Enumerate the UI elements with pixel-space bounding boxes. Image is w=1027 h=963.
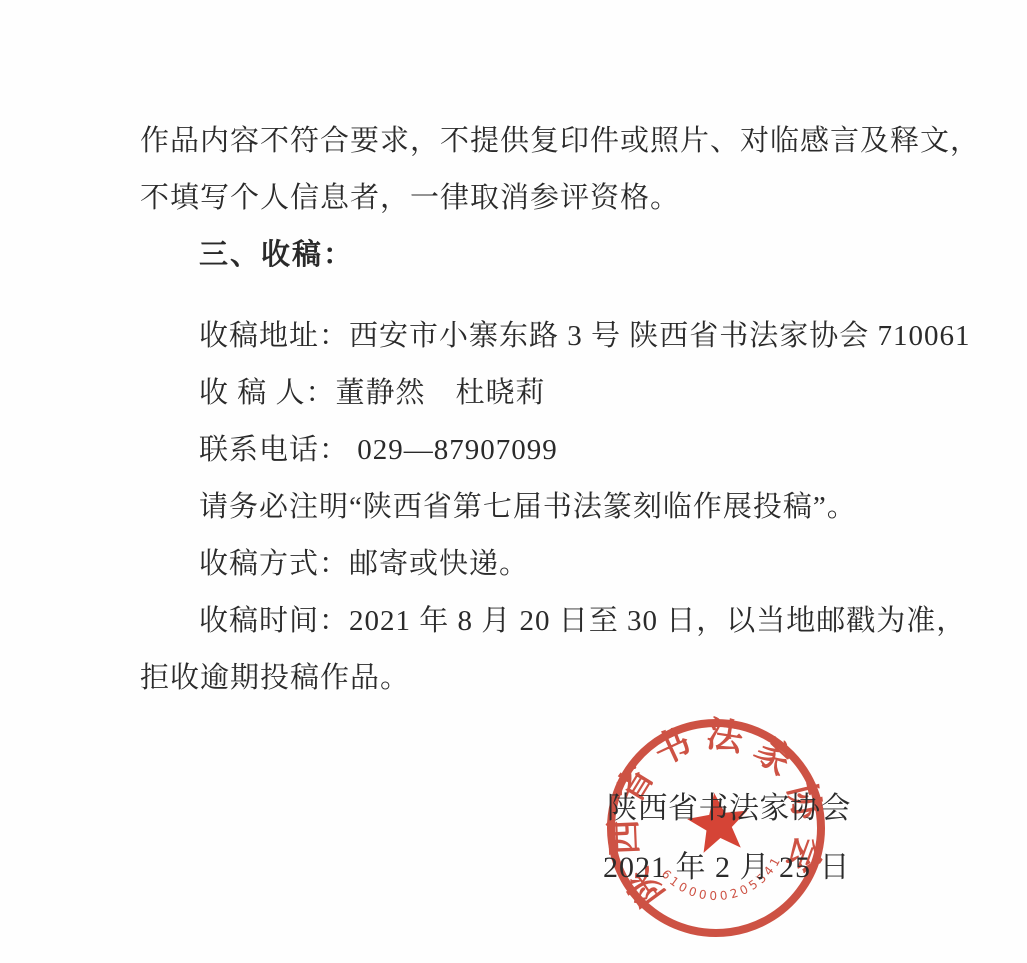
official-seal-graphic: 陕西省书法家协会 6100000205541 [603,715,829,941]
document-page: 作品内容不符合要求，不提供复印件或照片、对临感言及释文， 不填写个人信息者，一律… [0,0,1027,963]
detail-line-method: 收稿方式：邮寄或快递。 [140,549,942,580]
paragraph-continuation-line-1: 作品内容不符合要求，不提供复印件或照片、对临感言及释文， [140,126,942,157]
signature-date: 2021 年 2 月 25 日 [603,842,851,886]
detail-line-note: 请务必注明“陕西省第七届书法篆刻临作展投稿”。 [140,492,942,523]
detail-line-time-continuation: 拒收逾期投稿作品。 [140,663,942,694]
detail-line-address: 收稿地址：西安市小寨东路 3 号 陕西省书法家协会 710061 [140,321,942,352]
section-heading: 三、收稿： [140,240,942,271]
detail-line-recipient: 收 稿 人：董静然 杜晓莉 [140,378,942,409]
detail-line-time: 收稿时间：2021 年 8 月 20 日至 30 日，以当地邮戳为准， [140,606,942,637]
paragraph-continuation-line-2: 不填写个人信息者，一律取消参评资格。 [140,183,942,214]
signature-organization: 陕西省书法家协会 [607,783,851,827]
official-seal: 陕西省书法家协会 6100000205541 [603,715,829,941]
detail-line-phone: 联系电话： 029—87907099 [140,435,942,466]
document-body: 作品内容不符合要求，不提供复印件或照片、对临感言及释文， 不填写个人信息者，一律… [140,126,942,720]
